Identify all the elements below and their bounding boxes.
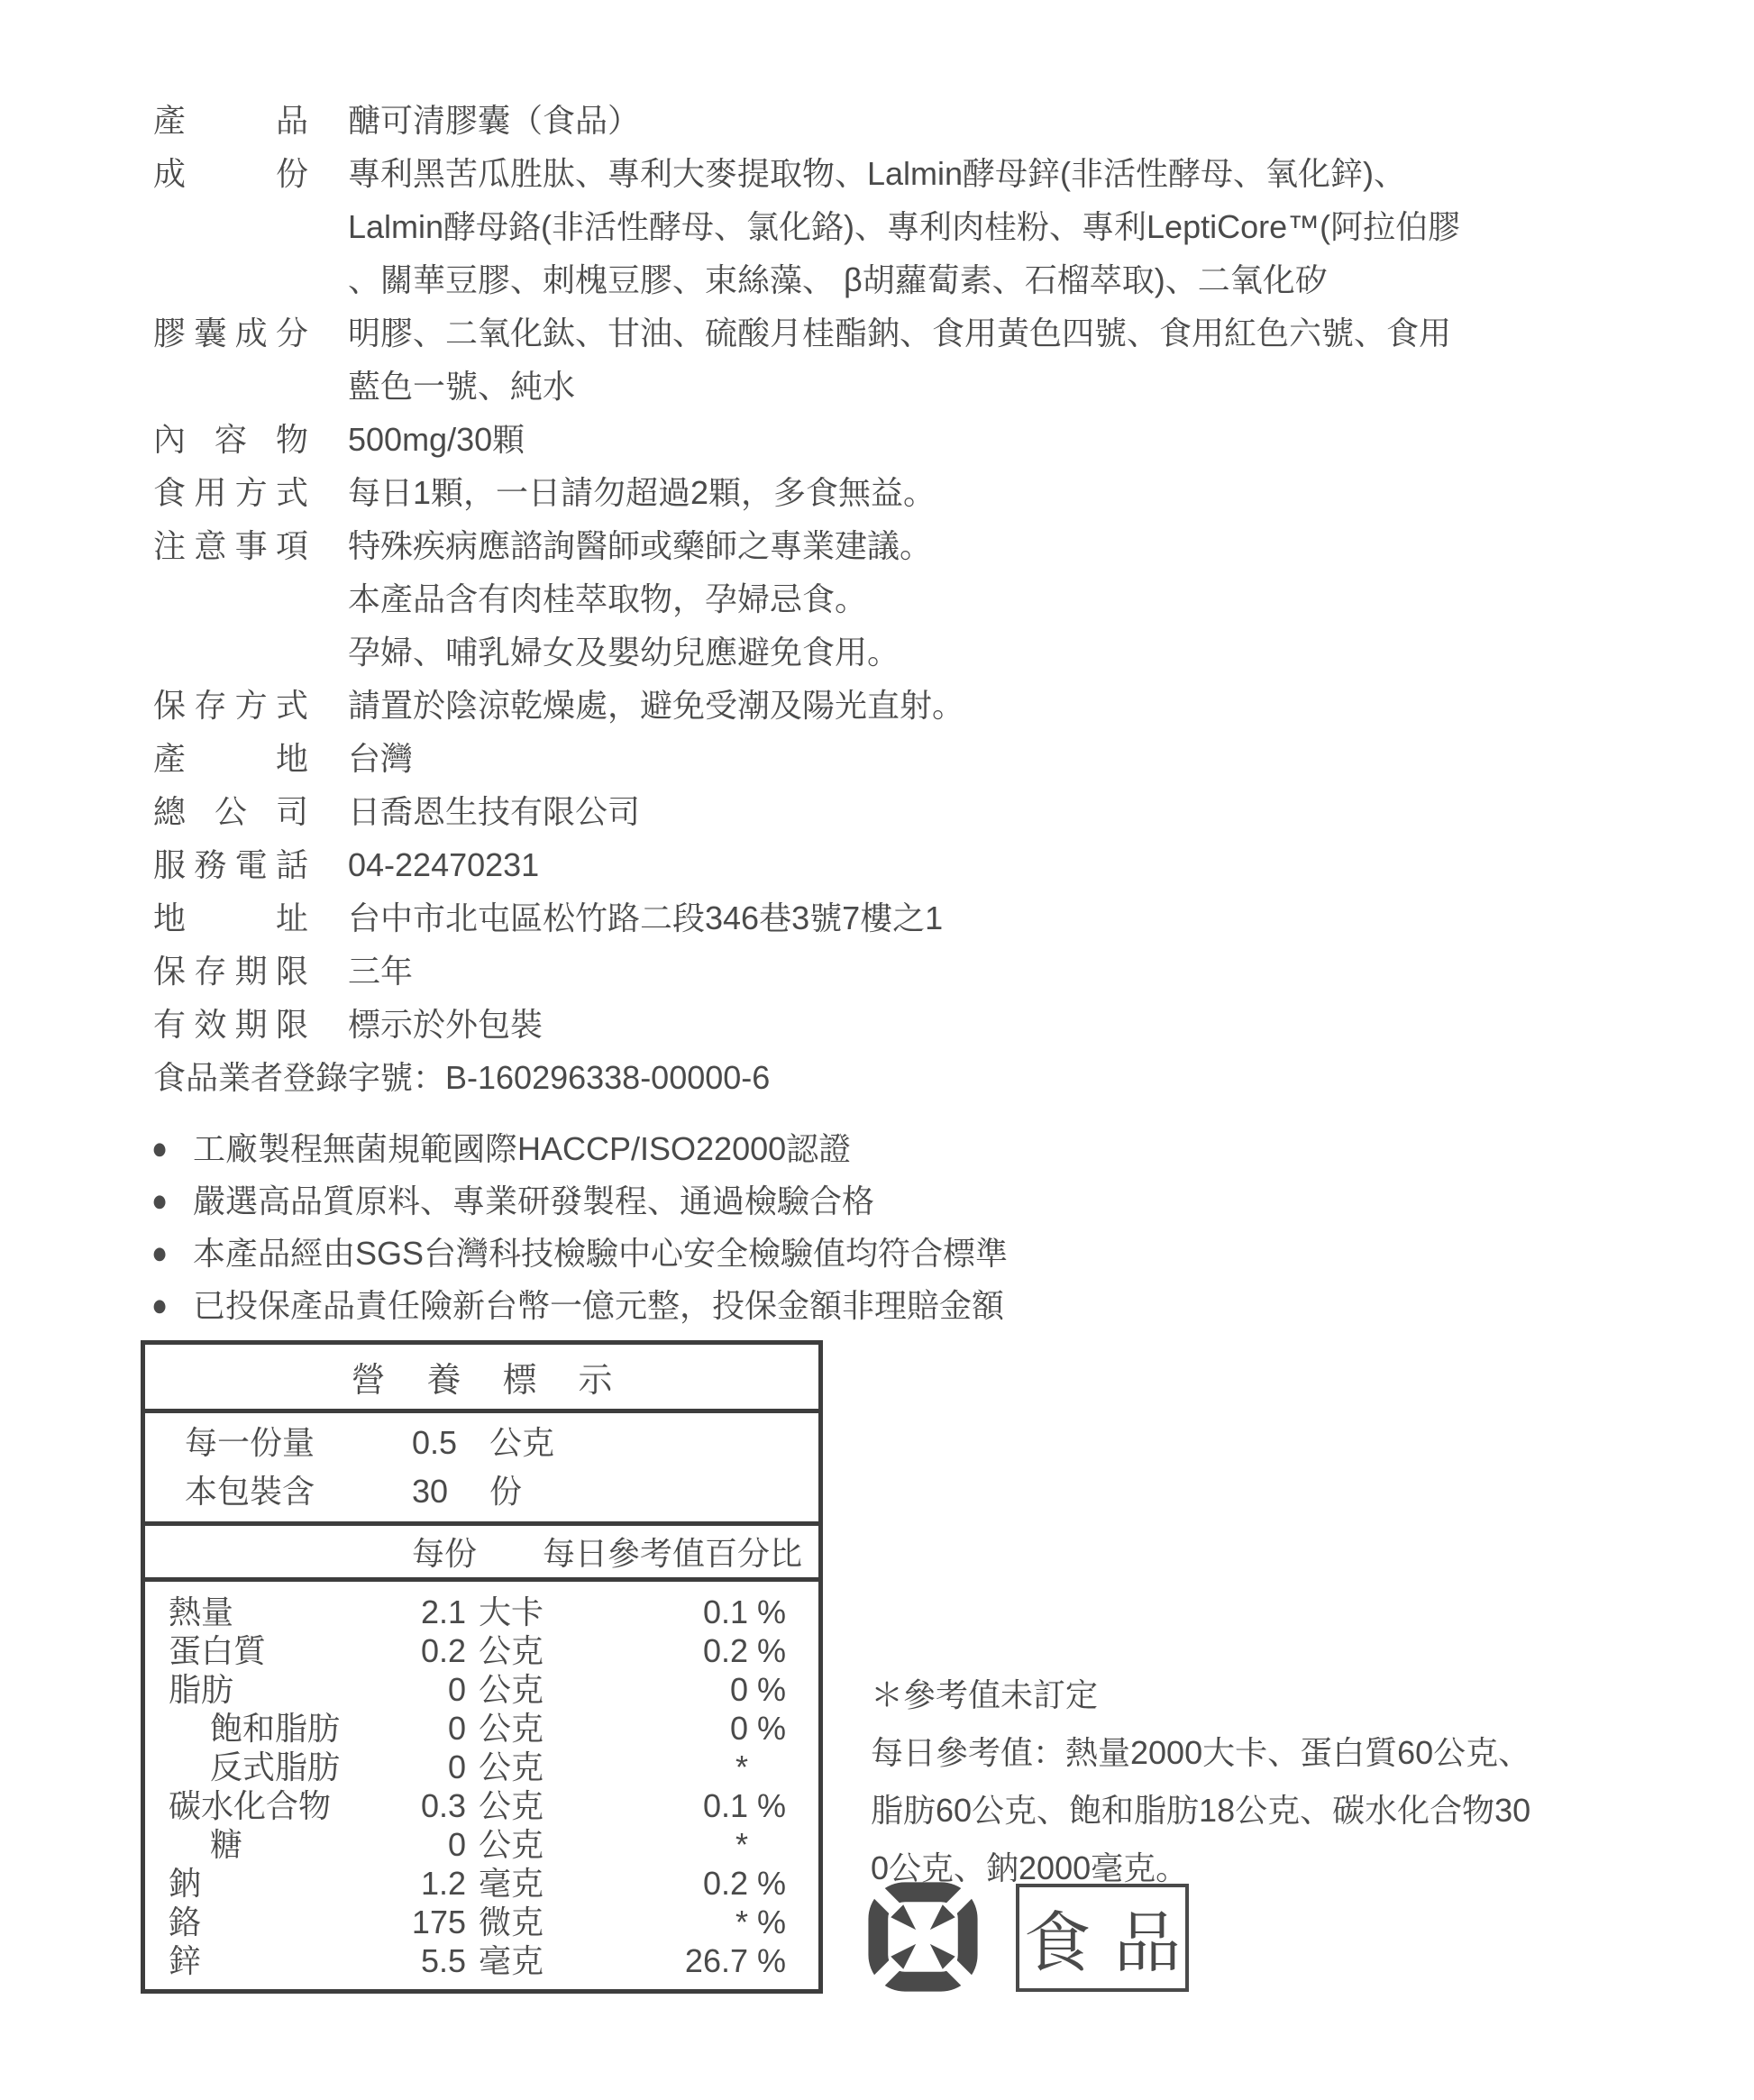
info-value: 醣可清膠囊（食品） bbox=[348, 94, 1649, 147]
info-line: 標示於外包裝 bbox=[348, 998, 1649, 1051]
certification-text: 本產品經由SGS台灣科技檢驗中心安全檢驗值均符合標準 bbox=[193, 1228, 1008, 1280]
nutrient-unit: 公克 bbox=[479, 1709, 587, 1748]
serving-section: 每一份量 0.5 公克 本包裝含 30 份 bbox=[145, 1409, 818, 1521]
nutrient-name: 鋅 bbox=[145, 1941, 360, 1980]
nutrient-rows: 熱量 2.1 大卡 0.1 % 蛋白質 0.2 公克 0.2 % 脂肪 0 公克… bbox=[145, 1577, 818, 1989]
column-header-row: 每份 每日參考值百分比 bbox=[145, 1521, 818, 1577]
nutrient-row: 蛋白質 0.2 公克 0.2 % bbox=[145, 1631, 818, 1670]
certification-item: ● 本產品經由SGS台灣科技檢驗中心安全檢驗值均符合標準 bbox=[151, 1228, 1503, 1280]
nutrient-name: 熱量 bbox=[145, 1593, 360, 1631]
row-pad bbox=[799, 1593, 818, 1631]
serving-value: 30 bbox=[412, 1467, 489, 1516]
info-row-origin: 產地 台灣 bbox=[153, 732, 1649, 785]
info-value: 500mg/30顆 bbox=[348, 413, 1649, 466]
nutrient-row: 糖 0 公克 * bbox=[145, 1825, 818, 1864]
daily-value-note: ＊參考值未訂定 每日參考值：熱量2000大卡、蛋白質60公克、 脂肪60公克、飽… bbox=[871, 1666, 1700, 1897]
nutrient-name: 碳水化合物 bbox=[145, 1786, 360, 1825]
info-value: 04-22470231 bbox=[348, 838, 1649, 891]
info-label: 膠囊成分 bbox=[153, 306, 308, 413]
nutrient-unit: 大卡 bbox=[479, 1593, 587, 1631]
nutrient-name: 鈉 bbox=[145, 1864, 360, 1903]
nutrient-row: 反式脂肪 0 公克 * bbox=[145, 1748, 818, 1786]
nutrient-amount: 2.1 bbox=[360, 1593, 466, 1631]
nutrient-name: 脂肪 bbox=[145, 1670, 360, 1709]
nutrient-pct-unit bbox=[757, 1748, 799, 1786]
nutrient-pct-unit: % bbox=[757, 1941, 799, 1980]
info-line: 日喬恩生技有限公司 bbox=[348, 785, 1649, 838]
per-serving-header: 每份 bbox=[412, 1529, 477, 1575]
nutrient-unit: 微克 bbox=[479, 1903, 587, 1941]
info-line: 台灣 bbox=[348, 732, 1649, 785]
info-line: 專利黑苦瓜胜肽、專利大麥提取物、Lalmin酵母鋅(非活性酵母、氧化鋅)、 bbox=[348, 147, 1649, 200]
info-row-product: 產品 醣可清膠囊（食品） bbox=[153, 94, 1649, 147]
serving-unit: 公克 bbox=[489, 1419, 554, 1467]
nutrient-pct: 0.2 bbox=[587, 1864, 748, 1903]
info-line: 特殊疾病應諮詢醫師或藥師之專業建議。 bbox=[348, 519, 1649, 572]
info-row-shelf-life: 保存期限 三年 bbox=[153, 945, 1649, 998]
nutrient-amount: 0.3 bbox=[360, 1786, 466, 1825]
certification-text: 工廠製程無菌規範國際HACCP/ISO22000認證 bbox=[193, 1123, 851, 1175]
info-label: 保存期限 bbox=[153, 945, 308, 998]
info-value: 台灣 bbox=[348, 732, 1649, 785]
note-line: ＊參考值未訂定 bbox=[871, 1666, 1700, 1724]
info-value: 每日1顆，一日請勿超過2顆，多食無益。 bbox=[348, 466, 1649, 519]
info-line: 孕婦、哺乳婦女及嬰幼兒應避免食用。 bbox=[348, 625, 1649, 679]
info-line: 三年 bbox=[348, 945, 1649, 998]
info-row-usage: 食用方式 每日1顆，一日請勿超過2顆，多食無益。 bbox=[153, 466, 1649, 519]
info-line: 500mg/30顆 bbox=[348, 413, 1649, 466]
info-value: 日喬恩生技有限公司 bbox=[348, 785, 1649, 838]
nutrient-name: 糖 bbox=[145, 1825, 360, 1864]
info-row-phone: 服務電話 04-22470231 bbox=[153, 838, 1649, 891]
nutrient-pct: 0 bbox=[587, 1670, 748, 1709]
info-line: 每日1顆，一日請勿超過2顆，多食無益。 bbox=[348, 466, 1649, 519]
nutrient-unit: 公克 bbox=[479, 1631, 587, 1670]
nutrient-pct: 0.2 bbox=[587, 1631, 748, 1670]
serving-value: 0.5 bbox=[412, 1419, 489, 1467]
nutrient-row: 鉻 175 微克 * % bbox=[145, 1903, 818, 1941]
nutrient-amount: 175 bbox=[360, 1903, 466, 1941]
info-line: Lalmin酵母鉻(非活性酵母、氯化鉻)、專利肉桂粉、專利LeptiCore™(… bbox=[348, 200, 1649, 253]
info-line: 台中市北屯區松竹路二段346巷3號7樓之1 bbox=[348, 891, 1649, 945]
nutrient-unit: 公克 bbox=[479, 1748, 587, 1786]
product-label-page: 產品 醣可清膠囊（食品） 成份 專利黑苦瓜胜肽、專利大麥提取物、Lalmin酵母… bbox=[0, 0, 1754, 2100]
note-line: 0公克、鈉2000毫克。 bbox=[871, 1840, 1700, 1897]
daily-value-header: 每日參考值百分比 bbox=[543, 1529, 802, 1575]
nutrient-pct-unit: % bbox=[757, 1631, 799, 1670]
certification-item: ● 工廠製程無菌規範國際HACCP/ISO22000認證 bbox=[151, 1123, 1503, 1175]
nutrient-row: 碳水化合物 0.3 公克 0.1 % bbox=[145, 1786, 818, 1825]
row-pad bbox=[799, 1786, 818, 1825]
nutrient-pct: 0.1 bbox=[587, 1786, 748, 1825]
nutrient-row: 鈉 1.2 毫克 0.2 % bbox=[145, 1864, 818, 1903]
nutrient-pct: * bbox=[587, 1825, 748, 1864]
recycling-icon bbox=[866, 1882, 980, 1992]
info-row-company: 總公司 日喬恩生技有限公司 bbox=[153, 785, 1649, 838]
nutrient-pct-unit: % bbox=[757, 1593, 799, 1631]
nutrition-table: 營養標示 每一份量 0.5 公克 本包裝含 30 份 每份 每日參考值百分比 熱… bbox=[141, 1340, 823, 1994]
info-line: 明膠、二氧化鈦、甘油、硫酸月桂酯鈉、食用黃色四號、食用紅色六號、食用 bbox=[348, 306, 1649, 360]
info-row-ingredients: 成份 專利黑苦瓜胜肽、專利大麥提取物、Lalmin酵母鋅(非活性酵母、氧化鋅)、… bbox=[153, 147, 1649, 306]
nutrient-amount: 0 bbox=[360, 1748, 466, 1786]
row-pad bbox=[799, 1941, 818, 1980]
nutrient-row: 鋅 5.5 毫克 26.7 % bbox=[145, 1941, 818, 1980]
info-row-expiry: 有效期限 標示於外包裝 bbox=[153, 998, 1649, 1051]
nutrient-amount: 0.2 bbox=[360, 1631, 466, 1670]
nutrient-pct-unit: % bbox=[757, 1786, 799, 1825]
nutrient-row: 脂肪 0 公克 0 % bbox=[145, 1670, 818, 1709]
nutrient-pct-unit: % bbox=[757, 1670, 799, 1709]
bullet-icon: ● bbox=[151, 1119, 193, 1180]
nutrient-name: 飽和脂肪 bbox=[145, 1709, 360, 1748]
note-line: 每日參考值：熱量2000大卡、蛋白質60公克、 bbox=[871, 1724, 1700, 1782]
info-row-precautions: 注意事項 特殊疾病應諮詢醫師或藥師之專業建議。 本產品含有肉桂萃取物，孕婦忌食。… bbox=[153, 519, 1649, 679]
info-row-address: 地址 台中市北屯區松竹路二段346巷3號7樓之1 bbox=[153, 891, 1649, 945]
row-pad bbox=[799, 1864, 818, 1903]
certification-item: ● 嚴選高品質原料、專業研發製程、通過檢驗合格 bbox=[151, 1175, 1503, 1228]
nutrient-pct-unit bbox=[757, 1825, 799, 1864]
info-value: 專利黑苦瓜胜肽、專利大麥提取物、Lalmin酵母鋅(非活性酵母、氧化鋅)、 La… bbox=[348, 147, 1649, 306]
certification-list: ● 工廠製程無菌規範國際HACCP/ISO22000認證 ● 嚴選高品質原料、專… bbox=[151, 1123, 1503, 1332]
nutrient-amount: 0 bbox=[360, 1825, 466, 1864]
info-value: 請置於陰涼乾燥處，避免受潮及陽光直射。 bbox=[348, 679, 1649, 732]
nutrient-amount: 0 bbox=[360, 1709, 466, 1748]
info-label: 注意事項 bbox=[153, 519, 308, 679]
bullet-icon: ● bbox=[151, 1172, 193, 1232]
nutrient-unit: 毫克 bbox=[479, 1864, 587, 1903]
info-row-capsule-ingredients: 膠囊成分 明膠、二氧化鈦、甘油、硫酸月桂酯鈉、食用黃色四號、食用紅色六號、食用 … bbox=[153, 306, 1649, 413]
product-info-list: 產品 醣可清膠囊（食品） 成份 專利黑苦瓜胜肽、專利大麥提取物、Lalmin酵母… bbox=[153, 94, 1649, 1104]
certification-text: 已投保產品責任險新台幣一億元整，投保金額非理賠金額 bbox=[193, 1280, 1004, 1332]
info-label: 總公司 bbox=[153, 785, 308, 838]
serving-label: 本包裝含 bbox=[185, 1467, 412, 1516]
nutrient-name: 鉻 bbox=[145, 1903, 360, 1941]
info-value: 台中市北屯區松竹路二段346巷3號7樓之1 bbox=[348, 891, 1649, 945]
info-line: 醣可清膠囊（食品） bbox=[348, 94, 1649, 147]
nutrient-row: 飽和脂肪 0 公克 0 % bbox=[145, 1709, 818, 1748]
row-pad bbox=[799, 1748, 818, 1786]
row-pad bbox=[799, 1709, 818, 1748]
info-label: 地址 bbox=[153, 891, 308, 945]
info-line: 請置於陰涼乾燥處，避免受潮及陽光直射。 bbox=[348, 679, 1649, 732]
info-label: 保存方式 bbox=[153, 679, 308, 732]
info-line: 04-22470231 bbox=[348, 838, 1649, 891]
food-mark-label: 食品 bbox=[1000, 1890, 1204, 1986]
nutrient-unit: 公克 bbox=[479, 1670, 587, 1709]
info-line: 本產品含有肉桂萃取物，孕婦忌食。 bbox=[348, 572, 1649, 625]
nutrient-name: 蛋白質 bbox=[145, 1631, 360, 1670]
nutrient-pct-unit: % bbox=[757, 1903, 799, 1941]
registration-number-line: 食品業者登錄字號：B-160296338-00000-6 bbox=[153, 1051, 1649, 1104]
info-label: 產地 bbox=[153, 732, 308, 785]
info-label: 有效期限 bbox=[153, 998, 308, 1051]
serving-unit: 份 bbox=[489, 1467, 522, 1516]
info-line: 藍色一號、純水 bbox=[348, 360, 1649, 413]
info-value: 三年 bbox=[348, 945, 1649, 998]
row-pad bbox=[799, 1670, 818, 1709]
info-value: 特殊疾病應諮詢醫師或藥師之專業建議。 本產品含有肉桂萃取物，孕婦忌食。 孕婦、哺… bbox=[348, 519, 1649, 679]
nutrient-row: 熱量 2.1 大卡 0.1 % bbox=[145, 1593, 818, 1631]
row-pad bbox=[799, 1825, 818, 1864]
nutrient-name: 反式脂肪 bbox=[145, 1748, 360, 1786]
row-pad bbox=[799, 1631, 818, 1670]
info-value: 明膠、二氧化鈦、甘油、硫酸月桂酯鈉、食用黃色四號、食用紅色六號、食用 藍色一號、… bbox=[348, 306, 1649, 413]
note-line: 脂肪60公克、飽和脂肪18公克、碳水化合物30 bbox=[871, 1782, 1700, 1840]
nutrient-amount: 5.5 bbox=[360, 1941, 466, 1980]
info-value: 標示於外包裝 bbox=[348, 998, 1649, 1051]
nutrient-pct: 0.1 bbox=[587, 1593, 748, 1631]
nutrient-pct: 0 bbox=[587, 1709, 748, 1748]
serving-label: 每一份量 bbox=[185, 1419, 412, 1467]
nutrient-unit: 公克 bbox=[479, 1825, 587, 1864]
nutrient-unit: 公克 bbox=[479, 1786, 587, 1825]
serving-size-row: 每一份量 0.5 公克 bbox=[185, 1419, 818, 1467]
row-pad bbox=[799, 1903, 818, 1941]
nutrient-pct-unit: % bbox=[757, 1864, 799, 1903]
info-label: 產品 bbox=[153, 94, 308, 147]
certification-text: 嚴選高品質原料、專業研發製程、通過檢驗合格 bbox=[193, 1175, 874, 1228]
nutrient-pct-unit: % bbox=[757, 1709, 799, 1748]
info-row-storage: 保存方式 請置於陰涼乾燥處，避免受潮及陽光直射。 bbox=[153, 679, 1649, 732]
nutrient-pct: * bbox=[587, 1903, 748, 1941]
bullet-icon: ● bbox=[151, 1276, 193, 1337]
nutrient-amount: 1.2 bbox=[360, 1864, 466, 1903]
nutrition-table-title: 營養標示 bbox=[145, 1345, 818, 1409]
info-label: 食用方式 bbox=[153, 466, 308, 519]
info-label: 內容物 bbox=[153, 413, 308, 466]
nutrient-unit: 毫克 bbox=[479, 1941, 587, 1980]
food-mark-box: 食品 bbox=[1016, 1884, 1189, 1992]
info-label: 服務電話 bbox=[153, 838, 308, 891]
nutrient-pct: * bbox=[587, 1748, 748, 1786]
info-label: 成份 bbox=[153, 147, 308, 306]
bullet-icon: ● bbox=[151, 1224, 193, 1284]
nutrient-pct: 26.7 bbox=[587, 1941, 748, 1980]
nutrient-amount: 0 bbox=[360, 1670, 466, 1709]
info-row-contents: 內容物 500mg/30顆 bbox=[153, 413, 1649, 466]
servings-per-pack-row: 本包裝含 30 份 bbox=[185, 1467, 818, 1516]
certification-item: ● 已投保產品責任險新台幣一億元整，投保金額非理賠金額 bbox=[151, 1280, 1503, 1332]
info-line: 、關華豆膠、刺槐豆膠、束絲藻、 β胡蘿蔔素、石榴萃取)、二氧化矽 bbox=[348, 253, 1649, 306]
